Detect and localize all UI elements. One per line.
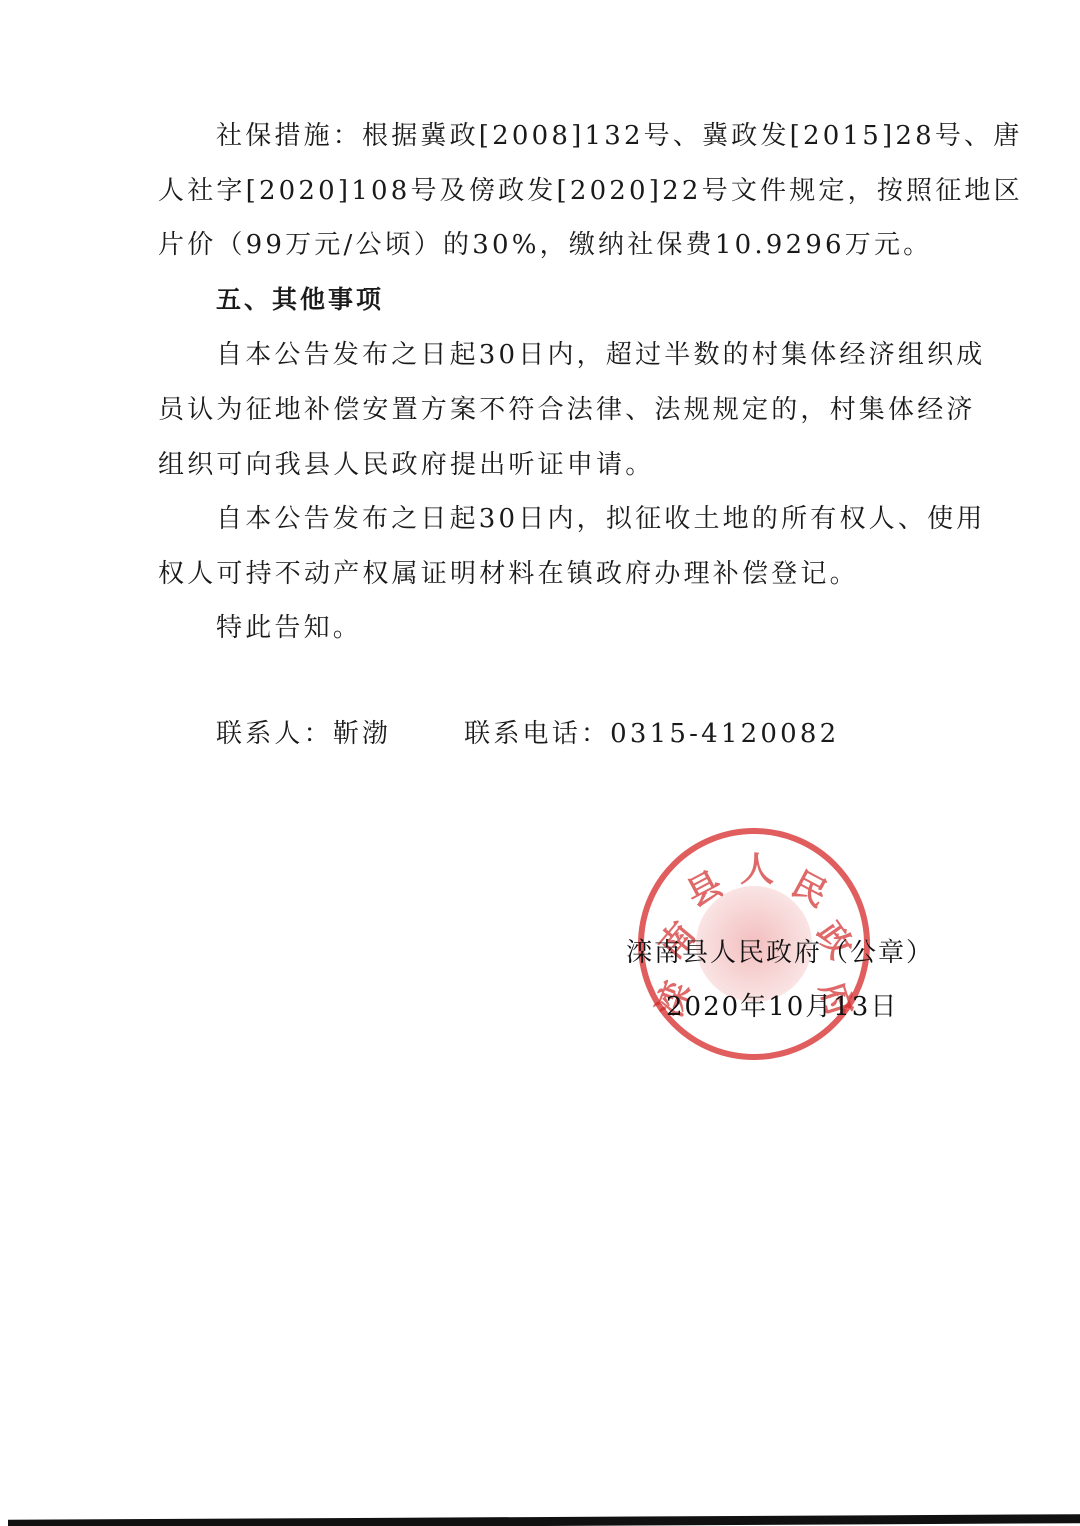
section-heading-other-matters: 五、其他事项: [216, 284, 384, 316]
social-security-line-2: 人社字[2020]108号及傍政发[2020]22号文件规定，按照征地区: [158, 175, 1023, 207]
registration-paragraph-line-2: 权人可持不动产权属证明材料在镇政府办理补偿登记。: [158, 558, 859, 590]
scan-border-line: [8, 1514, 1080, 1526]
seal-char: 人: [740, 842, 774, 891]
hearing-paragraph-line-1: 自本公告发布之日起30日内，超过半数的村集体经济组织成: [216, 339, 986, 371]
closing-remark: 特此告知。: [216, 612, 362, 644]
signing-date: 2020年10月13日: [666, 986, 898, 1023]
contact-phone: 0315-4120082: [610, 719, 839, 749]
contact-phone-label: 联系电话：: [464, 719, 610, 749]
contact-person: 靳渤: [333, 719, 391, 749]
contact-person-label: 联系人：: [216, 719, 333, 749]
hearing-paragraph-line-3: 组织可向我县人民政府提出听证申请。: [158, 449, 654, 481]
contact-line: 联系人：靳渤 联系电话：0315-4120082: [216, 718, 839, 750]
social-security-line-3: 片价（99万元/公顷）的30%，缴纳社保费10.9296万元。: [158, 229, 932, 261]
hearing-paragraph-line-2: 员认为征地补偿安置方案不符合法律、法规规定的，村集体经济: [158, 394, 976, 426]
social-security-line-1: 社保措施：根据冀政[2008]132号、冀政发[2015]28号、唐: [216, 120, 1022, 152]
registration-paragraph-line-1: 自本公告发布之日起30日内，拟征收土地的所有权人、使用: [216, 503, 986, 535]
signing-organization: 滦南县人民政府（公章）: [626, 932, 934, 969]
